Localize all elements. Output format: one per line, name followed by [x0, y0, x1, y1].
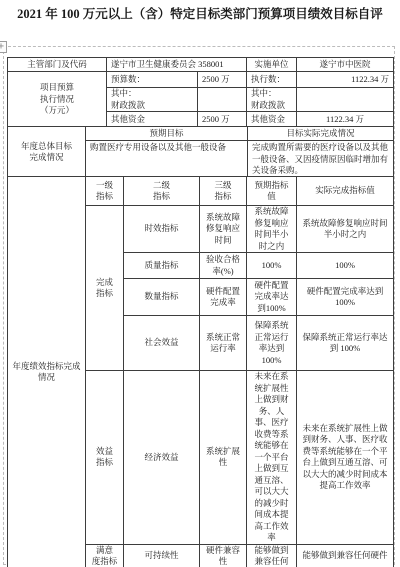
- cell-dept-value: 遂宁市卫生健康委员会 358001: [107, 58, 247, 72]
- cell-header-expected: 预期指标 值: [247, 177, 297, 206]
- annual-goal-table: 年度总体目标 完成情况 预期目标 目标实际完成情况 购置医疗专用设备以及其他一般…: [7, 126, 394, 178]
- cell-header-level1: 一级 指标: [86, 177, 124, 206]
- cell-timeliness-label: 时效指标: [124, 206, 200, 253]
- cell-unit-label: 实施单位: [247, 58, 297, 72]
- cell-fiscal-alloc-value-r: [297, 88, 394, 112]
- cell-economic-benefit-expected: 未来在系统扩展性上做到财务、人事、医疗收费等系统能够在一个平台上做到互通互溶、可…: [247, 371, 297, 545]
- cell-group-satisfaction: 满意 度指标: [86, 544, 124, 567]
- table-row: 项目预算 执行情况 （万元） 预算数： 2500 万 执行数： 1122.34 …: [8, 72, 394, 88]
- cell-actual-goal-header: 目标实际完成情况: [248, 127, 394, 141]
- cell-quantity-indicator: 硬件配置完成率: [200, 279, 247, 316]
- cell-dept-label: 主管部门及代码: [8, 58, 107, 72]
- cell-sustainability-actual: 能够做到兼容任何硬件: [297, 544, 394, 567]
- cell-economic-benefit-actual: 未来在系统扩展性上做到财务、人事、医疗收费等系统能够在一个平台上做到互通互溶、可…: [297, 371, 394, 545]
- table-row: 主管部门及代码 遂宁市卫生健康委员会 358001 实施单位 遂宁市中医院: [8, 58, 394, 72]
- cell-group-completion: 完成 指标: [86, 206, 124, 371]
- cell-header-level3: 三级 指标: [200, 177, 247, 206]
- cell-performance-section-label: 年度绩效指标完成 情况: [8, 177, 86, 567]
- cell-execution-number-label: 执行数：: [247, 72, 297, 88]
- cell-header-actual: 实际完成指标值: [297, 177, 394, 206]
- cell-sustainability-indicator: 硬件兼容性: [200, 544, 247, 567]
- plus-icon: +: [0, 41, 4, 52]
- cell-quantity-actual: 硬件配置完成率达到 100%: [297, 279, 394, 316]
- cell-execution-number-value: 1122.34 万: [297, 72, 394, 88]
- cell-quality-actual: 100%: [297, 253, 394, 279]
- cell-social-benefit-actual: 保障系统正常运行率达到 100%: [297, 316, 394, 371]
- cell-expected-goal: 购置医疗专用设备以及其他一般设备: [86, 141, 248, 178]
- cell-budget-number-label: 预算数：: [107, 72, 198, 88]
- cell-expected-goal-header: 预期目标: [86, 127, 248, 141]
- cell-timeliness-indicator: 系统故障修复响应时间: [200, 206, 247, 253]
- cell-fiscal-alloc-value: [198, 88, 247, 112]
- cell-group-benefit: 效益 指标: [86, 371, 124, 545]
- cell-sustainability-expected: 能够做到兼容任何: [247, 544, 297, 567]
- cell-quantity-label: 数量指标: [124, 279, 200, 316]
- cell-quality-label: 质量指标: [124, 253, 200, 279]
- document-title: 2021 年 100 万元以上（含）特定目标类部门预算项目绩效目标自评: [0, 6, 400, 22]
- cell-budget-section-label: 项目预算 执行情况 （万元）: [8, 72, 107, 128]
- cell-social-benefit-indicator: 系统正常运行率: [200, 316, 247, 371]
- cell-unit-value: 遂宁市中医院: [297, 58, 394, 72]
- cell-economic-benefit-indicator: 系统扩展性: [200, 371, 247, 545]
- cell-social-benefit-expected: 保障系统正常运行率达到 100%: [247, 316, 297, 371]
- cell-economic-benefit-label: 经济效益: [124, 371, 200, 545]
- table-row: 年度总体目标 完成情况 预期目标 目标实际完成情况: [8, 127, 394, 141]
- cell-quality-indicator: 验收合格率(%): [200, 253, 247, 279]
- cell-timeliness-actual: 系统故障修复响应时间半小时之内: [297, 206, 394, 253]
- budget-execution-table: 主管部门及代码 遂宁市卫生健康委员会 358001 实施单位 遂宁市中医院 项目…: [7, 57, 394, 128]
- cell-actual-goal: 完成购置所需要的医疗设备以及其他一般设备、又因疫情原因临时增加有关设备采购。: [248, 141, 394, 178]
- cell-fiscal-alloc-label-r: 其中： 财政拨款: [247, 88, 297, 112]
- document-canvas[interactable]: 2021 年 100 万元以上（含）特定目标类部门预算项目绩效目标自评 + 主管…: [0, 0, 400, 567]
- cell-header-level2: 二级 指标: [124, 177, 200, 206]
- cell-quantity-expected: 硬件配置完成率达到100%: [247, 279, 297, 316]
- cell-annual-goal-label: 年度总体目标 完成情况: [8, 127, 86, 178]
- performance-indicators-table: 年度绩效指标完成 情况 一级 指标 二级 指标 三级 指标 预期指标 值 实际完…: [7, 176, 394, 567]
- cell-timeliness-expected: 系统故障修复响应时间半小时之内: [247, 206, 297, 253]
- cell-social-benefit-label: 社会效益: [124, 316, 200, 371]
- table-row: 年度绩效指标完成 情况 一级 指标 二级 指标 三级 指标 预期指标 值 实际完…: [8, 177, 394, 206]
- cell-budget-number-value: 2500 万: [198, 72, 247, 88]
- cell-fiscal-alloc-label: 其中： 财政拨款: [107, 88, 198, 112]
- cell-sustainability-label: 可持续性: [124, 544, 200, 567]
- table-move-handle[interactable]: +: [0, 41, 7, 53]
- cell-quality-expected: 100%: [247, 253, 297, 279]
